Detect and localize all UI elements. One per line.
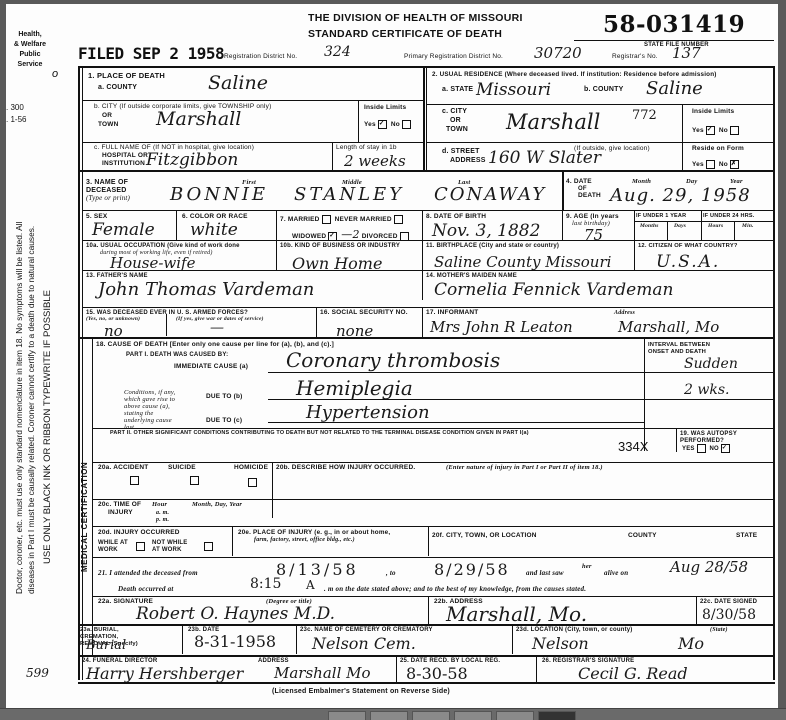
part1-label: PART I. DEATH WAS CAUSED BY: xyxy=(126,352,228,358)
filed-stamp: FILED SEP 2 1958 xyxy=(78,44,224,63)
residence-city: Marshall xyxy=(506,110,600,134)
state-label: a. STATE xyxy=(442,86,473,93)
occurred-label: 20d. INJURY OCCURRED xyxy=(98,530,180,537)
location: Nelson xyxy=(532,634,589,653)
certificate-title: STANDARD CERTIFICATE OF DEATH xyxy=(308,28,502,40)
cemetery: Nelson Cem. xyxy=(312,634,416,653)
never-married-checkbox[interactable] xyxy=(394,215,403,224)
accident-checkbox[interactable] xyxy=(130,476,139,485)
physician-address: Marshall, Mo. xyxy=(446,602,587,626)
suicide-checkbox[interactable] xyxy=(190,476,199,485)
inside-limits-no-checkbox[interactable] xyxy=(402,120,411,129)
yes-label: Yes xyxy=(692,127,704,134)
suicide-label: SUICIDE xyxy=(168,465,196,472)
married-label: MARRIED xyxy=(288,216,320,223)
mother-label: 14. MOTHER'S MAIDEN NAME xyxy=(426,273,517,279)
place-of-injury-label-2: farm, factory, street, office bldg., etc… xyxy=(254,537,355,543)
sex: Female xyxy=(92,220,155,240)
dept-line: & Welfare xyxy=(12,40,48,50)
toolbar-button[interactable] xyxy=(496,711,534,720)
agency-title: THE DIVISION OF HEALTH OF MISSOURI xyxy=(308,12,523,24)
birthplace-label: 11. BIRTHPLACE (City and state or countr… xyxy=(426,243,559,249)
mother-name: Cornelia Fennick Vardeman xyxy=(434,280,673,300)
registrar-no: 137 xyxy=(672,44,701,62)
no-label: NO xyxy=(709,446,718,452)
res-city-town: TOWN xyxy=(446,126,468,133)
residence-street: 160 W Slater xyxy=(488,148,601,168)
autopsy-label: 19. WAS AUTOPSY PERFORMED? xyxy=(680,431,740,445)
part2-label: PART II. OTHER SIGNIFICANT CONDITIONS CO… xyxy=(110,431,529,437)
informant-label: 17. INFORMANT xyxy=(426,310,478,317)
date-recd: 8-30-58 xyxy=(406,664,468,683)
name-label: 3. NAME OF xyxy=(86,179,128,186)
hour-label: Hour xyxy=(152,502,167,509)
interval-b: 2 wks. xyxy=(684,382,729,398)
months-label: Months xyxy=(640,224,659,230)
dept-line: Public xyxy=(12,50,48,60)
business-label: 10b. KIND OF BUSINESS OR INDUSTRY xyxy=(280,243,400,249)
toolbar-button[interactable] xyxy=(454,711,492,720)
length-of-stay: 2 weeks xyxy=(344,152,406,170)
farm-yes-checkbox[interactable] xyxy=(706,160,715,169)
armed-forces-dates: — xyxy=(210,320,224,336)
due-b-label: DUE TO (b) xyxy=(206,394,243,401)
race: white xyxy=(190,220,238,240)
death-time: 8:15 xyxy=(250,576,281,592)
birthplace: Saline County Missouri xyxy=(434,253,611,271)
primary-district: 30720 xyxy=(534,44,582,62)
state-file-number: 58-031419 xyxy=(603,11,745,38)
due-c: Hypertension xyxy=(306,402,430,423)
ssn-label: 16. SOCIAL SECURITY NO. xyxy=(320,310,408,317)
viewer-toolbar xyxy=(0,708,786,720)
res-county-label: b. COUNTY xyxy=(584,86,624,93)
while-at-work-checkbox[interactable] xyxy=(136,542,145,551)
margin-mark-bottom: 599 xyxy=(26,666,49,680)
marital-num: 7. xyxy=(280,216,286,223)
informant: Mrs John R Leaton xyxy=(430,318,573,336)
dept-block: Health, & Welfare Public Service xyxy=(12,30,48,70)
residence-county: Saline xyxy=(646,78,703,99)
under-1-year-label: IF UNDER 1 YEAR xyxy=(636,214,686,220)
hospital-name: Fitzgibbon xyxy=(146,150,238,170)
margin-mark-top: o xyxy=(52,68,58,80)
homicide-checkbox[interactable] xyxy=(248,478,257,487)
hospital-label-2: HOSPITAL OR xyxy=(102,153,148,160)
no-label: No xyxy=(719,161,728,168)
medical-certification-label: MEDICAL CERTIFICATION xyxy=(80,462,89,572)
last-name: CONAWAY xyxy=(434,184,546,205)
attended-from: 8/13/58 xyxy=(276,560,359,579)
yes-label: Yes xyxy=(692,161,704,168)
res-inside-yes-checkbox[interactable]: ✓ xyxy=(706,126,715,135)
location-state-label: (State) xyxy=(710,627,728,633)
death-ampm: A xyxy=(306,578,315,592)
while-at-work: WHILE AT WORK xyxy=(98,540,132,554)
days-label: Days xyxy=(674,224,686,230)
registration-district: 324 xyxy=(324,44,351,60)
describe-hint: (Enter nature of injury in Part I or Par… xyxy=(446,465,603,472)
am-label: a. m. xyxy=(156,510,169,516)
inside-limits-options: Yes✓ No xyxy=(364,120,413,129)
informant-address-label: Address xyxy=(614,310,635,316)
county-label: a. COUNTY xyxy=(98,84,137,91)
informant-address: Marshall, Mo xyxy=(618,318,719,336)
yes-label: YES xyxy=(682,446,695,452)
due-b: Hemiplegia xyxy=(296,376,413,400)
autopsy-yes-checkbox[interactable] xyxy=(697,444,706,453)
dod-label: 4. DATE xyxy=(566,179,592,186)
name-label-3: (Type or print) xyxy=(86,195,130,202)
farm-label: Reside on Form xyxy=(692,146,744,153)
married-checkbox[interactable] xyxy=(322,215,331,224)
citizen-label: 12. CITIZEN OF WHAT COUNTRY? xyxy=(638,243,738,249)
toolbar-button[interactable] xyxy=(328,711,366,720)
street-label-2: ADDRESS xyxy=(450,157,486,164)
date-of-birth: Nov. 3, 1882 xyxy=(432,221,540,241)
disposition-method: Burial xyxy=(86,638,126,653)
dept-line: Service xyxy=(12,60,48,70)
under-24-hrs-label: IF UNDER 24 HRS. xyxy=(703,214,755,220)
stay-label: Length of stay in 1b xyxy=(336,145,397,152)
alive-on-label: alive on xyxy=(604,570,628,577)
injury-state-label: STATE xyxy=(736,533,757,540)
form-no: 300 xyxy=(10,103,23,112)
interval-label: INTERVAL BETWEEN ONSET AND DEATH xyxy=(648,342,728,356)
embalmer-note: (Licensed Embalmer's Statement on Revers… xyxy=(272,688,450,695)
residence-state: Missouri xyxy=(476,80,551,100)
instruction-line-3: USE ONLY BLACK INK OR RIBBON TYPEWRITE I… xyxy=(42,290,53,564)
injury-county-label: COUNTY xyxy=(628,533,657,540)
hours-label: Hours xyxy=(708,224,723,230)
director-address: Marshall Mo xyxy=(274,664,371,682)
never-married-label: NEVER MARRIED xyxy=(335,216,392,223)
physician-signature: Robert O. Haynes M.D. xyxy=(136,604,335,624)
mdy-label: Month, Day, Year xyxy=(192,502,242,509)
instruction-line-1: Doctor, coroner, etc. must use only stan… xyxy=(14,222,24,594)
city-town: TOWN xyxy=(98,122,119,129)
marital-married: 7. MARRIED NEVER MARRIED xyxy=(280,215,405,224)
dod-label-3: DEATH xyxy=(578,193,601,200)
death-county: Saline xyxy=(208,72,268,94)
due-c-label: DUE TO (c) xyxy=(206,418,242,425)
res-inside-limits-label: Inside Limits xyxy=(692,109,734,116)
no-label: No xyxy=(719,127,728,134)
toolbar-button[interactable] xyxy=(412,711,450,720)
inside-limits-label: Inside Limits xyxy=(364,105,406,112)
widowed-label: WIDOWED xyxy=(292,233,326,240)
death-occurred-label: Death occurred at xyxy=(118,586,174,593)
farm-options: Yes No✗ xyxy=(692,160,741,169)
age: 75 xyxy=(584,226,603,244)
res-city-or: OR xyxy=(450,117,461,124)
describe-label: 20b. DESCRIBE HOW INJURY OCCURRED. xyxy=(276,465,415,472)
residence-city-code: 772 xyxy=(632,108,657,123)
hospital-label-3: INSTITUTION xyxy=(102,161,145,168)
instruction-line-2: diseases in Part I must be causally rela… xyxy=(26,226,36,594)
disposition-date: 8-31-1958 xyxy=(194,632,276,651)
street-label: d. STREET xyxy=(442,148,480,155)
min-label: Min. xyxy=(742,224,754,230)
funeral-director: Harry Hershberger xyxy=(86,664,243,683)
registration-district-label: Registration District No. xyxy=(224,54,297,61)
dept-line: Health, xyxy=(12,30,48,40)
interval-a: Sudden xyxy=(684,356,738,372)
attended-from-label: 21. I attended the deceased from xyxy=(98,570,198,577)
autopsy-no-checkbox[interactable]: ✓ xyxy=(721,444,730,453)
time-of-injury-label: 20c. TIME OF xyxy=(98,502,141,509)
res-city-label: c. CITY xyxy=(442,108,467,115)
homicide-label: HOMICIDE xyxy=(234,465,268,472)
city-or: OR xyxy=(102,113,112,120)
certificate-page: Health, & Welfare Public Service o . 300… xyxy=(6,4,778,708)
toolbar-button[interactable] xyxy=(370,711,408,720)
yes-label: Yes xyxy=(364,121,376,128)
registrar-no-label: Registrar's No. xyxy=(612,54,658,61)
date-signed: 8/30/58 xyxy=(702,607,756,623)
attended-to: 8/29/58 xyxy=(434,560,510,579)
location-label: 23d. LOCATION (City, town, or county) xyxy=(516,627,633,633)
res-inside-limits-options: Yes✓ No xyxy=(692,126,741,135)
injury-city-label: 20f. CITY, TOWN, OR LOCATION xyxy=(432,533,537,540)
dob-label: 8. DATE OF BIRTH xyxy=(426,214,486,221)
location-state: Mo xyxy=(678,634,704,653)
conditions-note: Conditions, if any, which gave rise to a… xyxy=(124,389,182,431)
to-label: , to xyxy=(386,570,396,577)
autopsy-options: YES NO✓ xyxy=(682,444,732,453)
no-label: No xyxy=(391,121,400,128)
cemetery-label: 23c. NAME OF CEMETERY OR CREMATORY xyxy=(300,627,433,633)
death-city: Marshall xyxy=(156,108,241,130)
death-occurred-rest: . m on the date stated above; and to the… xyxy=(324,586,586,593)
not-while-at-work-checkbox[interactable] xyxy=(204,542,213,551)
immediate-cause: Coronary thrombosis xyxy=(286,348,500,372)
place-of-death-label: 1. PLACE OF DEATH xyxy=(88,72,165,80)
last-saw-label: and last saw xyxy=(526,570,564,577)
time-of-injury-label-2: INJURY xyxy=(108,510,133,517)
pronoun: her xyxy=(582,564,592,571)
primary-district-label: Primary Registration District No. xyxy=(404,54,503,61)
cause-code: 334X xyxy=(618,439,648,454)
alive-date: Aug 28/58 xyxy=(670,558,748,576)
accident-label: 20a. ACCIDENT xyxy=(98,465,148,472)
form-date: 1-56 xyxy=(10,115,26,124)
father-name: John Thomas Vardeman xyxy=(98,279,314,300)
registrar-signature: Cecil G. Read xyxy=(578,664,688,683)
pm-label: p. m. xyxy=(156,517,169,523)
divorced-label: DIVORCED xyxy=(362,233,398,240)
not-while-at-work: NOT WHILE AT WORK xyxy=(152,540,192,554)
inside-limits-yes-checkbox[interactable]: ✓ xyxy=(378,120,387,129)
occupation-label: 10a. USUAL OCCUPATION (Give kind of work… xyxy=(86,243,240,249)
first-name: BONNIE xyxy=(170,184,268,205)
middle-name: STANLEY xyxy=(294,184,404,205)
citizen: U.S.A. xyxy=(656,252,720,272)
date-of-death: Aug. 29, 1958 xyxy=(610,185,751,206)
form-number: . 300 . 1-56 xyxy=(6,102,26,126)
immediate-label: IMMEDIATE CAUSE (a) xyxy=(174,364,248,371)
res-inside-no-checkbox[interactable] xyxy=(730,126,739,135)
place-of-injury-label: 20e. PLACE OF INJURY (e. g., in or about… xyxy=(238,530,390,537)
farm-no-checkbox[interactable]: ✗ xyxy=(730,160,739,169)
toolbar-button-active[interactable] xyxy=(538,711,576,720)
date-signed-label: 22c. DATE SIGNED xyxy=(700,599,757,605)
